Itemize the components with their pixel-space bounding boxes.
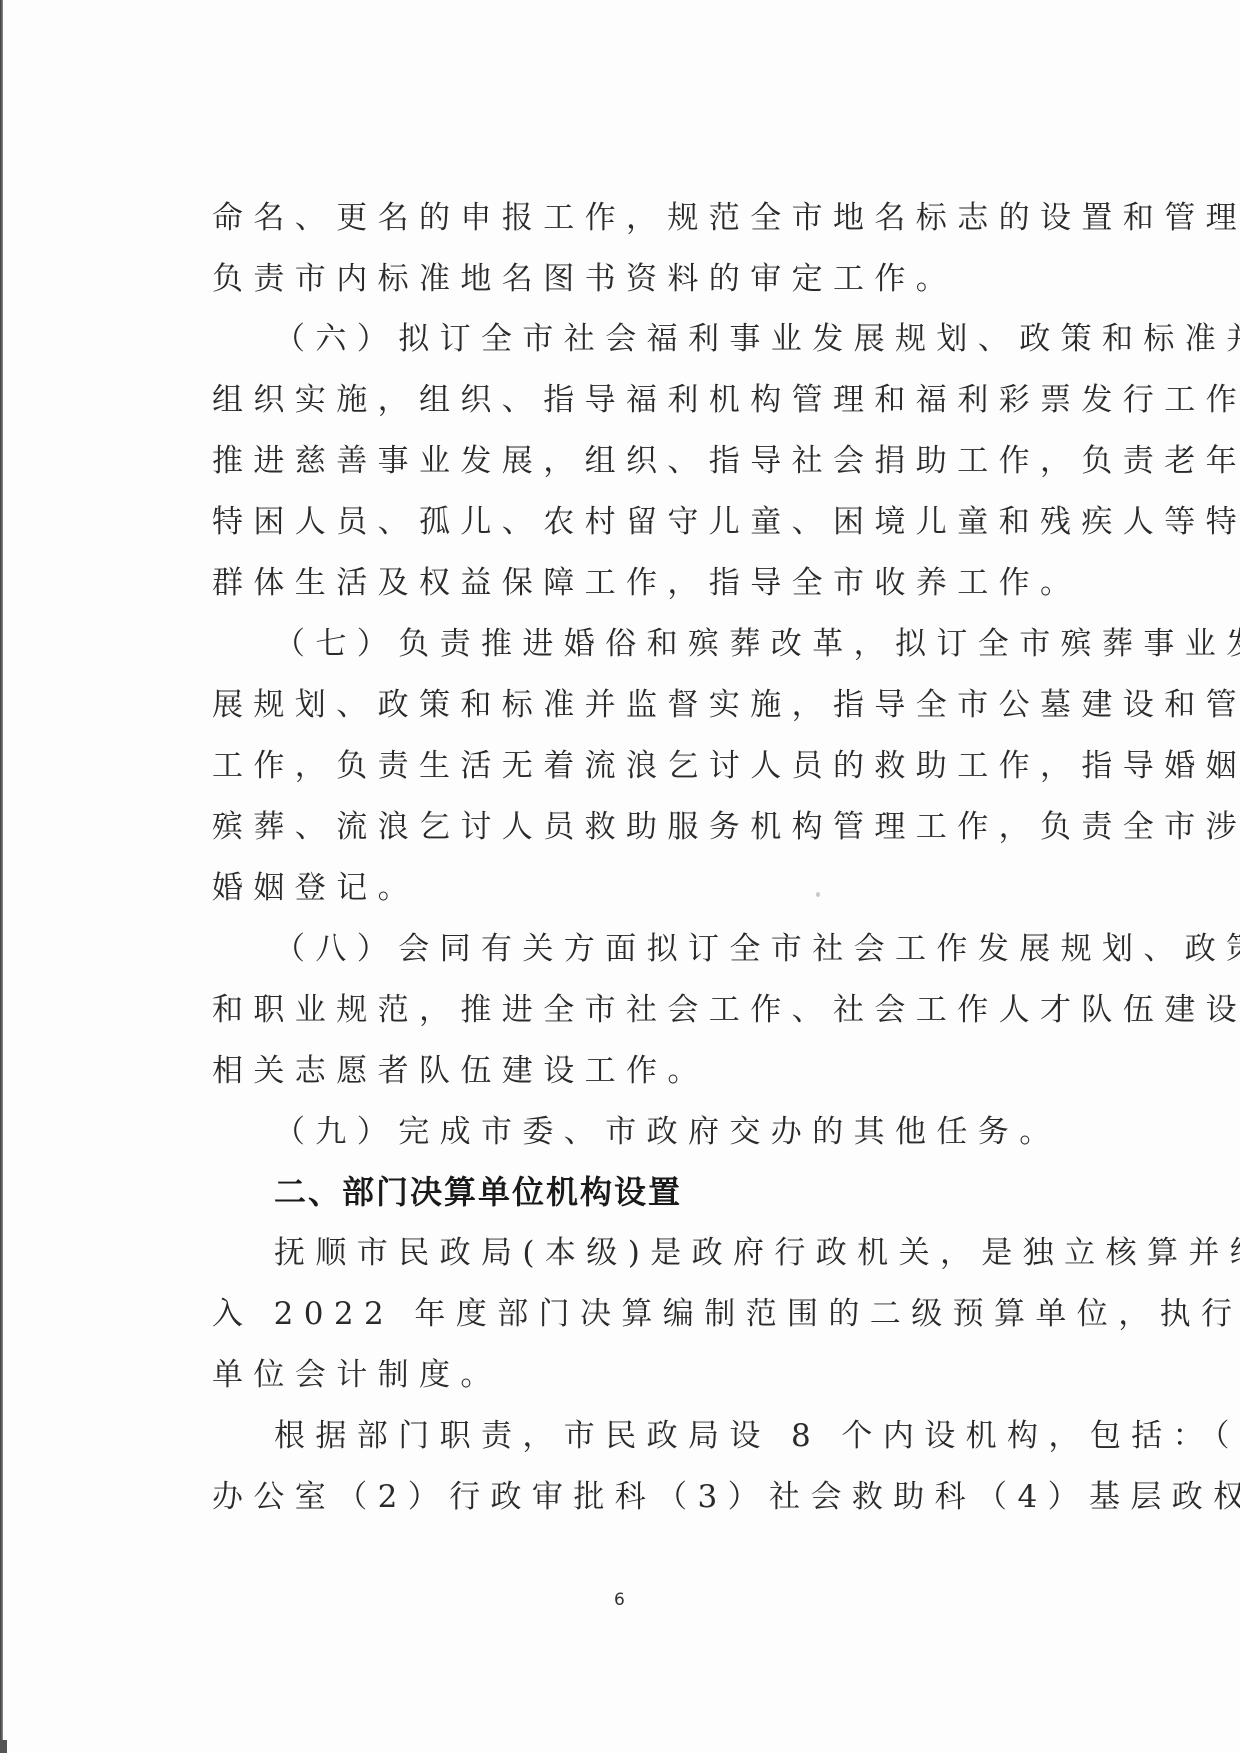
departments-paragraph-line: 根据部门职责，市民政局设 8 个内设机构，包括：（1） — [274, 1416, 1240, 1456]
paragraph-7-line: 工作，负责生活无着流浪乞讨人员的救助工作，指导婚姻、 — [212, 746, 1240, 786]
paragraph-7-line: 展规划、政策和标准并监督实施，指导全市公墓建设和管理 — [212, 685, 1240, 725]
paragraph-8-line: 相关志愿者队伍建设工作。 — [212, 1051, 709, 1091]
unit-paragraph-line: 单位会计制度。 — [212, 1355, 502, 1395]
paragraph-7-line: 婚姻登记。 — [212, 868, 419, 908]
paragraph-line: 命名、更名的申报工作，规范全市地名标志的设置和管理， — [212, 198, 1240, 238]
scan-edge — [0, 0, 3, 1753]
paragraph-6-line: 特困人员、孤儿、农村留守儿童、困境儿童和残疾人等特殊 — [212, 502, 1240, 542]
paragraph-6-line: 推进慈善事业发展，组织、指导社会捐助工作，负责老年人、 — [212, 441, 1240, 481]
paragraph-7-line: （七）负责推进婚俗和殡葬改革，拟订全市殡葬事业发 — [274, 624, 1240, 664]
section-heading: 二、部门决算单位机构设置 — [274, 1172, 682, 1212]
unit-paragraph-line: 入 2022 年度部门决算编制范围的二级预算单位，执行行政 — [212, 1294, 1240, 1334]
unit-paragraph-line: 抚顺市民政局(本级)是政府行政机关，是独立核算并纳 — [274, 1233, 1240, 1273]
paragraph-7-line: 殡葬、流浪乞讨人员救助服务机构管理工作，负责全市涉外 — [212, 807, 1240, 847]
paragraph-6-line: 组织实施，组织、指导福利机构管理和福利彩票发行工作， — [212, 380, 1240, 420]
scan-corner-mark — [0, 1740, 7, 1753]
paragraph-8-line: 和职业规范，推进全市社会工作、社会工作人才队伍建设和 — [212, 990, 1240, 1030]
paragraph-line: 负责市内标准地名图书资料的审定工作。 — [212, 259, 957, 299]
paragraph-9-line: （九）完成市委、市政府交办的其他任务。 — [274, 1112, 1061, 1152]
paragraph-6-line: 群体生活及权益保障工作，指导全市收养工作。 — [212, 563, 1081, 603]
paragraph-6-line: （六）拟订全市社会福利事业发展规划、政策和标准并 — [274, 319, 1240, 359]
paragraph-8-line: （八）会同有关方面拟订全市社会工作发展规划、政策 — [274, 929, 1240, 969]
page-number: 6 — [614, 1590, 625, 1610]
scan-speck — [816, 892, 820, 897]
departments-paragraph-line: 办公室（2）行政审批科（3）社会救助科（4）基层政权和 — [212, 1477, 1240, 1517]
